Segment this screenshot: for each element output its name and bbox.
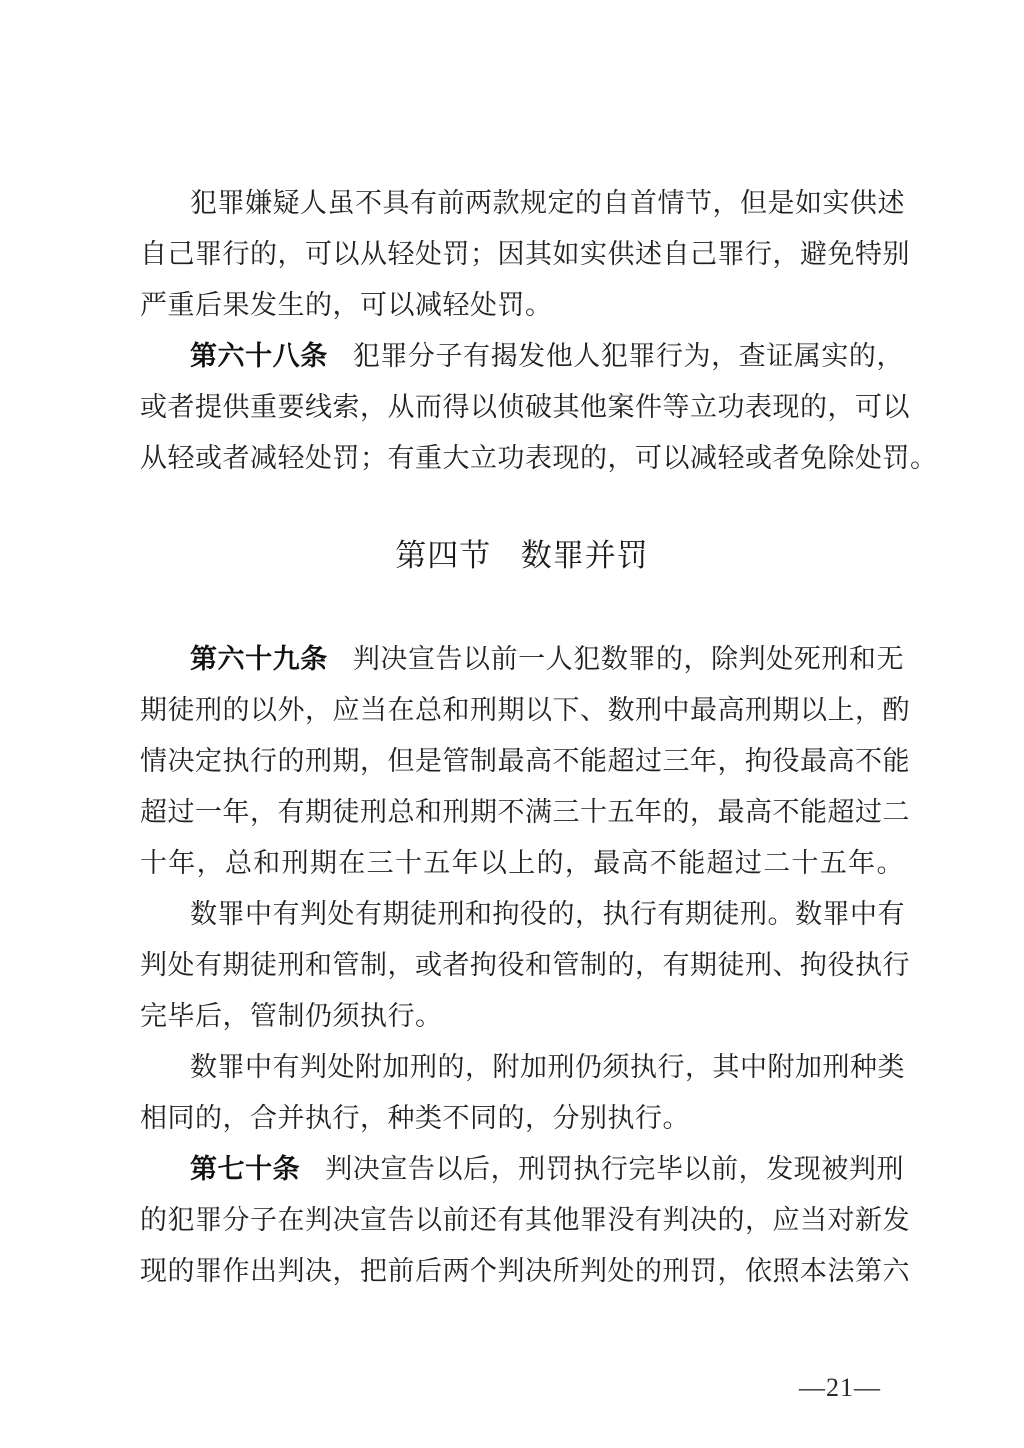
text-line: 判处有期徒刑和管制，或者拘役和管制的，有期徒刑、拘役执行 [140, 940, 904, 991]
text-line: 情决定执行的刑期，但是管制最高不能超过三年，拘役最高不能 [140, 736, 904, 787]
text-line: 或者提供重要线索，从而得以侦破其他案件等立功表现的，可以 [140, 382, 904, 433]
text-line: 严重后果发生的，可以减轻处罚。 [140, 280, 904, 331]
text-line: 自己罪行的，可以从轻处罚；因其如实供述自己罪行，避免特别 [140, 229, 904, 280]
text-line: 十年，总和刑期在三十五年以上的，最高不能超过二十五年。 [140, 838, 904, 889]
text-line: 的犯罪分子在判决宣告以前还有其他罪没有判决的，应当对新发 [140, 1195, 904, 1246]
text-line: 第六十九条判决宣告以前一人犯数罪的，除判处死刑和无 [140, 634, 904, 685]
article-text: 判决宣告以前一人犯数罪的，除判处死刑和无 [353, 644, 904, 674]
text-line: 从轻或者减轻处罚；有重大立功表现的，可以减轻或者免除处罚。 [140, 433, 904, 484]
text-line: 犯罪嫌疑人虽不具有前两款规定的自首情节，但是如实供述 [140, 178, 904, 229]
page-number: —21— [799, 1372, 881, 1404]
text-line: 第七十条判决宣告以后，刑罚执行完毕以前，发现被判刑 [140, 1144, 904, 1195]
section-label: 第四节 [395, 538, 491, 573]
text-line: 完毕后，管制仍须执行。 [140, 991, 904, 1042]
section-heading: 第四节数罪并罚 [140, 530, 904, 581]
text-line: 超过一年，有期徒刑总和刑期不满三十五年的，最高不能超过二 [140, 787, 904, 838]
text-line: 相同的，合并执行，种类不同的，分别执行。 [140, 1093, 904, 1144]
article-number: 第六十九条 [190, 644, 328, 674]
text-line: 数罪中有判处有期徒刑和拘役的，执行有期徒刑。数罪中有 [140, 889, 904, 940]
article-text: 犯罪分子有揭发他人犯罪行为，查证属实的， [353, 341, 904, 371]
article-number: 第六十八条 [190, 341, 328, 371]
article-text: 判决宣告以后，刑罚执行完毕以前，发现被判刑 [325, 1154, 904, 1184]
article-number: 第七十条 [190, 1154, 300, 1184]
page-body: 犯罪嫌疑人虽不具有前两款规定的自首情节，但是如实供述 自己罪行的，可以从轻处罚；… [140, 178, 904, 1297]
document-page: 犯罪嫌疑人虽不具有前两款规定的自首情节，但是如实供述 自己罪行的，可以从轻处罚；… [0, 0, 1024, 1448]
section-title: 数罪并罚 [521, 538, 649, 573]
text-line: 第六十八条犯罪分子有揭发他人犯罪行为，查证属实的， [140, 331, 904, 382]
text-line: 数罪中有判处附加刑的，附加刑仍须执行，其中附加刑种类 [140, 1042, 904, 1093]
text-line: 期徒刑的以外，应当在总和刑期以下、数刑中最高刑期以上，酌 [140, 685, 904, 736]
text-line: 现的罪作出判决，把前后两个判决所判处的刑罚，依照本法第六 [140, 1246, 904, 1297]
